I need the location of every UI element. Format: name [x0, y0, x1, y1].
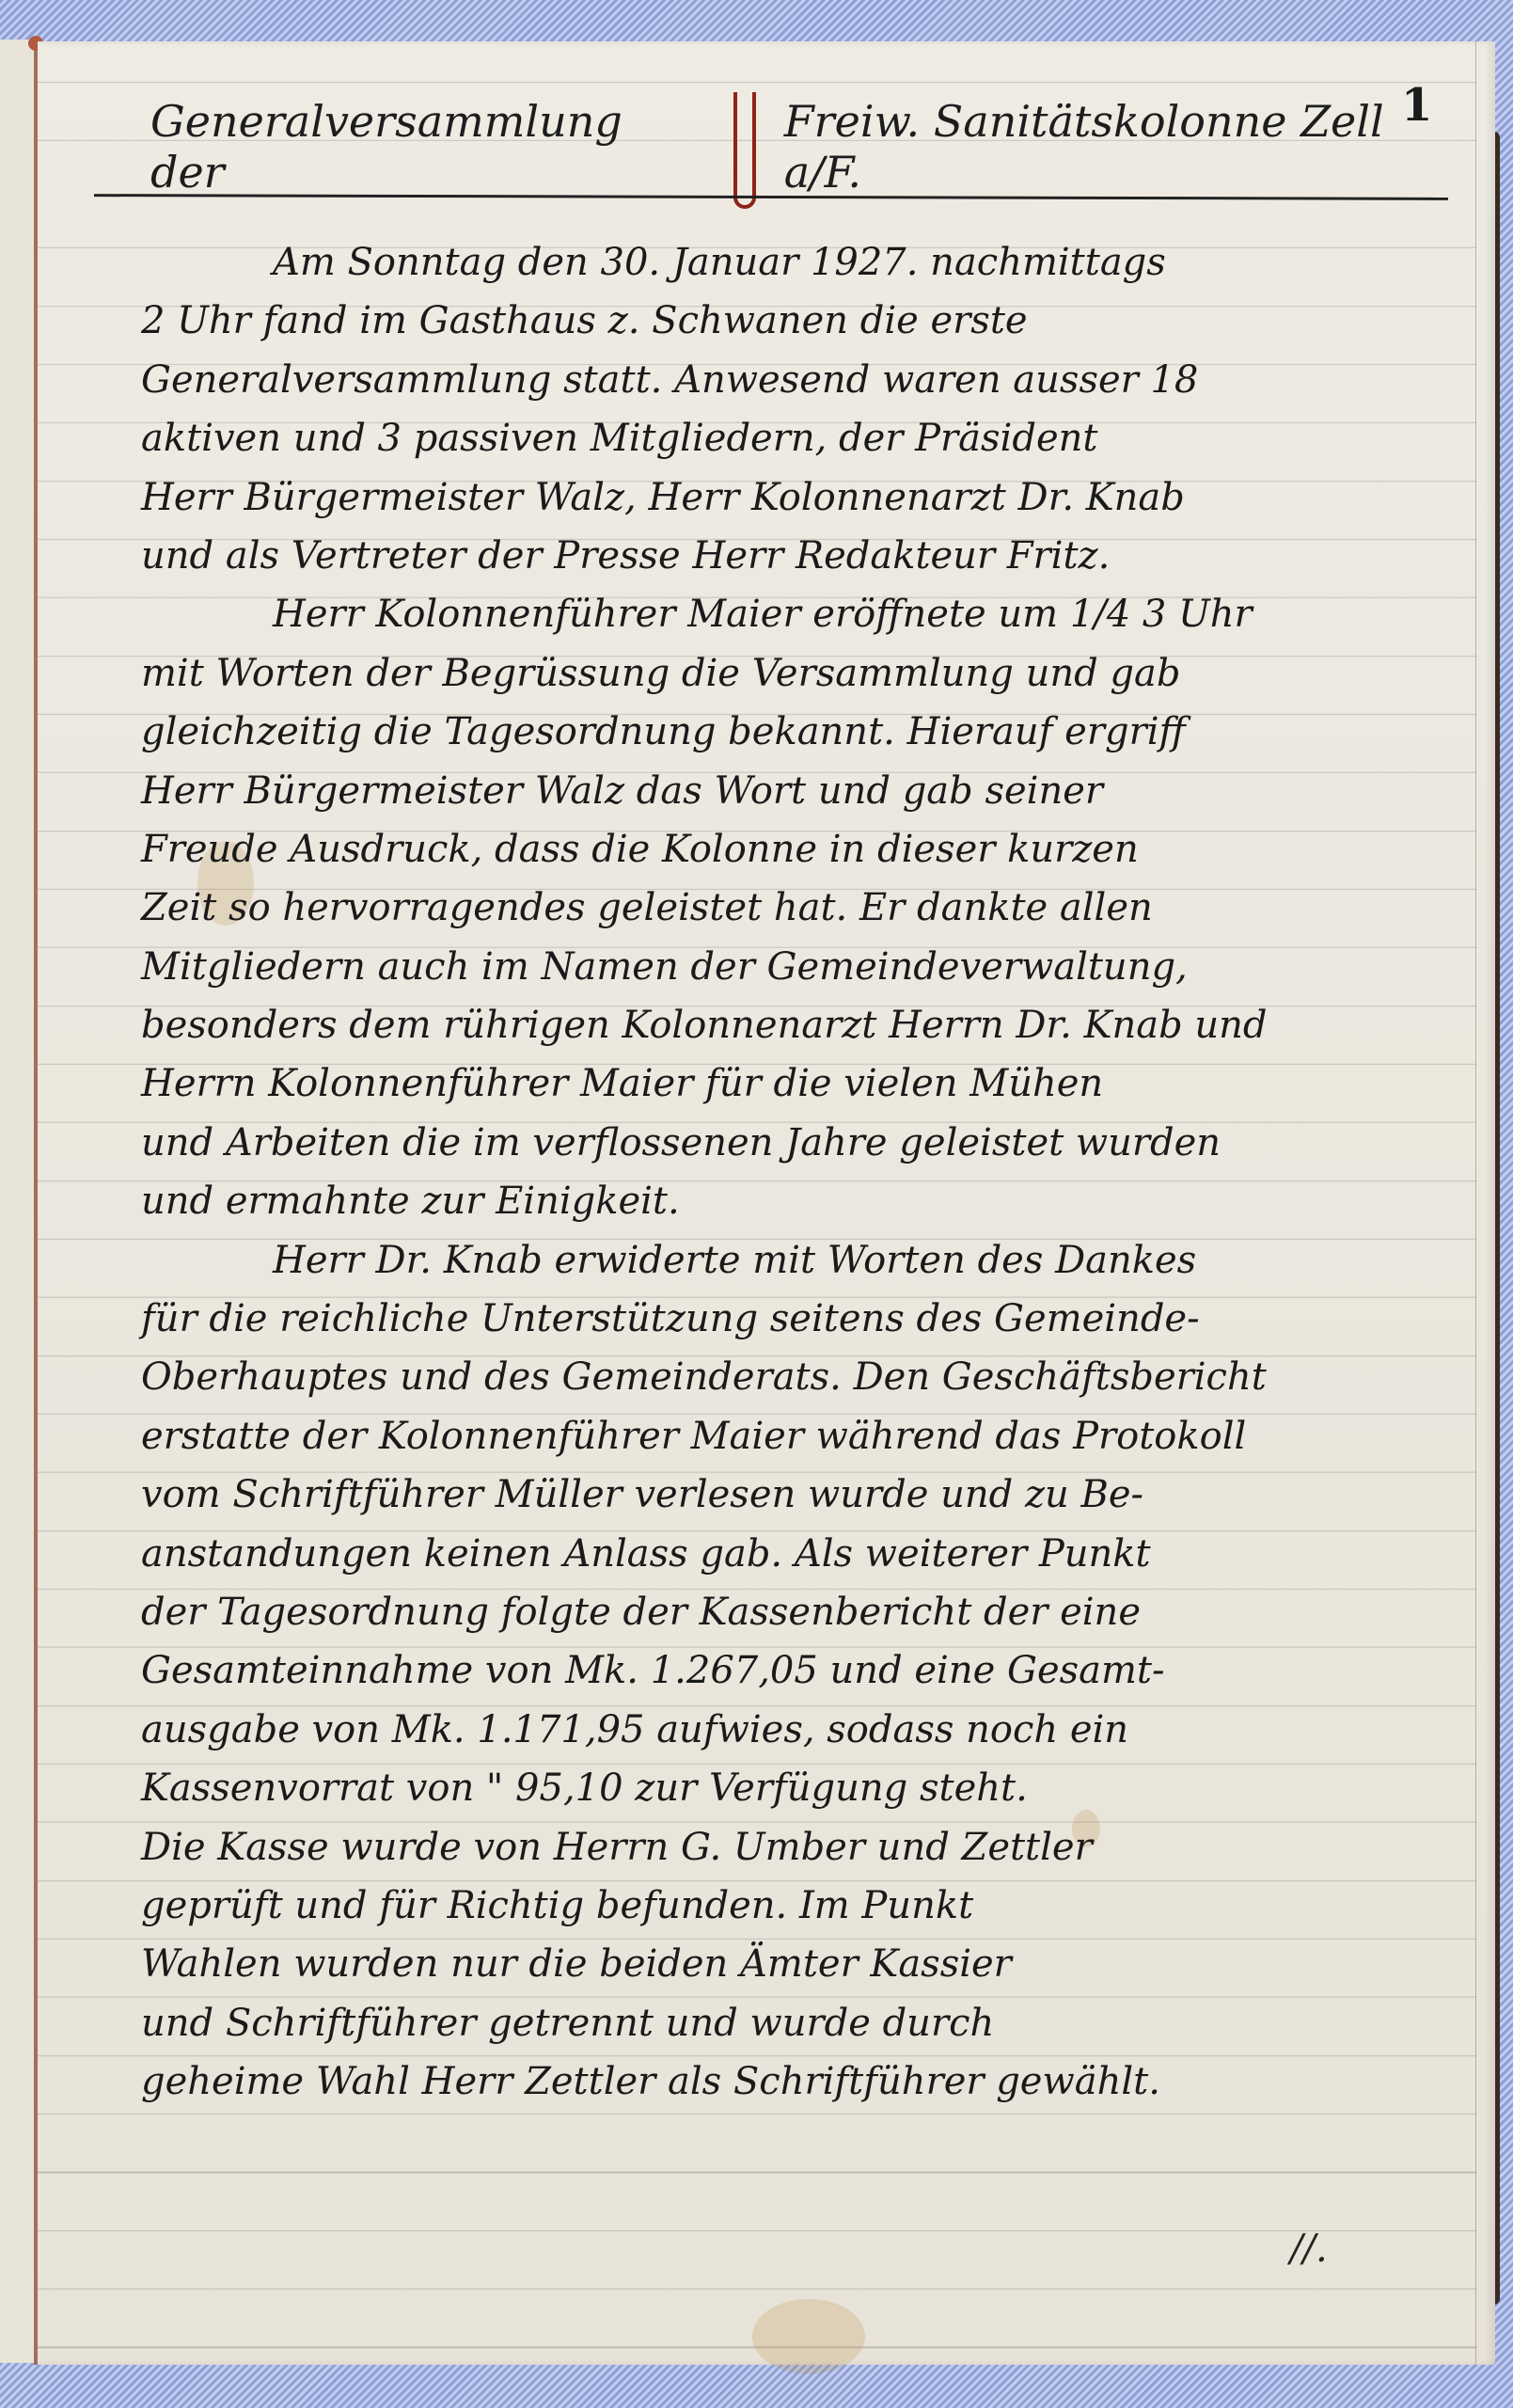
text-line: und Schriftführer getrennt und wurde dur…: [141, 1994, 1458, 2052]
title-part-2: Freiw. Sanitätskolonne Zell a/F.: [784, 96, 1467, 198]
text-line: Herr Dr. Knab erwiderte mit Worten des D…: [141, 1231, 1458, 1290]
text-line: und als Vertreter der Presse Herr Redakt…: [141, 527, 1458, 585]
text-line-kassenvorrat: Kassenvorrat von " 95,10 zur Verfügung s…: [141, 1759, 1458, 1817]
text-line: Herr Bürgermeister Walz, Herr Kolonnenar…: [141, 468, 1458, 527]
text-line: vom Schriftführer Müller verlesen wurde …: [141, 1465, 1458, 1524]
text-line: aktiven und 3 passiven Mitgliedern, der …: [141, 409, 1458, 467]
text-line: mit Worten der Begrüssung die Versammlun…: [141, 644, 1458, 703]
text-line: und Arbeiten die im verflossenen Jahre g…: [141, 1114, 1458, 1172]
text-line: erstatte der Kolonnenführer Maier währen…: [141, 1407, 1458, 1465]
text-line: Am Sonntag den 30. Januar 1927. nachmitt…: [141, 233, 1458, 292]
stain: [752, 2299, 865, 2374]
text-line: Freude Ausdruck, dass die Kolonne in die…: [141, 820, 1458, 879]
red-correction-mark: [733, 92, 756, 209]
text-line-gesamteinnahme: Gesamteinnahme von Mk. 1.267,05 und eine…: [141, 1641, 1458, 1700]
handwritten-body: Am Sonntag den 30. Januar 1927. nachmitt…: [141, 233, 1458, 2112]
text-line: geheime Wahl Herr Zettler als Schriftfüh…: [141, 2052, 1458, 2111]
text-line: anstandungen keinen Anlass gab. Als weit…: [141, 1525, 1458, 1583]
text-line: gleichzeitig die Tagesordnung bekannt. H…: [141, 703, 1458, 761]
text-line: 2 Uhr fand im Gasthaus z. Schwanen die e…: [141, 292, 1458, 350]
text-line: für die reichliche Unterstützung seitens…: [141, 1290, 1458, 1348]
text-line: Zeit so hervorragendes geleistet hat. Er…: [141, 879, 1458, 937]
text-line: Wahlen wurden nur die beiden Ämter Kassi…: [141, 1935, 1458, 1993]
text-line: Herr Kolonnenführer Maier eröffnete um 1…: [141, 585, 1458, 643]
continuation-mark: //.: [1290, 2227, 1328, 2271]
page-title: Generalversammlung der Freiw. Sanitätsko…: [150, 122, 1467, 198]
title-part-1: Generalversammlung der: [150, 96, 703, 198]
text-line: der Tagesordnung folgte der Kassenberich…: [141, 1583, 1458, 1641]
text-line: Herr Bürgermeister Walz das Wort und gab…: [141, 762, 1458, 820]
facing-page-edge: [0, 40, 38, 2363]
text-line: Generalversammlung statt. Anwesend waren…: [141, 351, 1458, 409]
text-line-gesamtausgabe: ausgabe von Mk. 1.171,95 aufwies, sodass…: [141, 1701, 1458, 1759]
text-line: Herrn Kolonnenführer Maier für die viele…: [141, 1054, 1458, 1113]
text-line: besonders dem rührigen Kolonnenarzt Herr…: [141, 996, 1458, 1054]
text-line: Oberhauptes und des Gemeinderats. Den Ge…: [141, 1348, 1458, 1406]
text-line: und ermahnte zur Einigkeit.: [141, 1172, 1458, 1230]
text-line: Die Kasse wurde von Herrn G. Umber und Z…: [141, 1818, 1458, 1877]
text-line: geprüft und für Richtig befunden. Im Pun…: [141, 1877, 1458, 1935]
text-line: Mitgliedern auch im Namen der Gemeindeve…: [141, 938, 1458, 996]
